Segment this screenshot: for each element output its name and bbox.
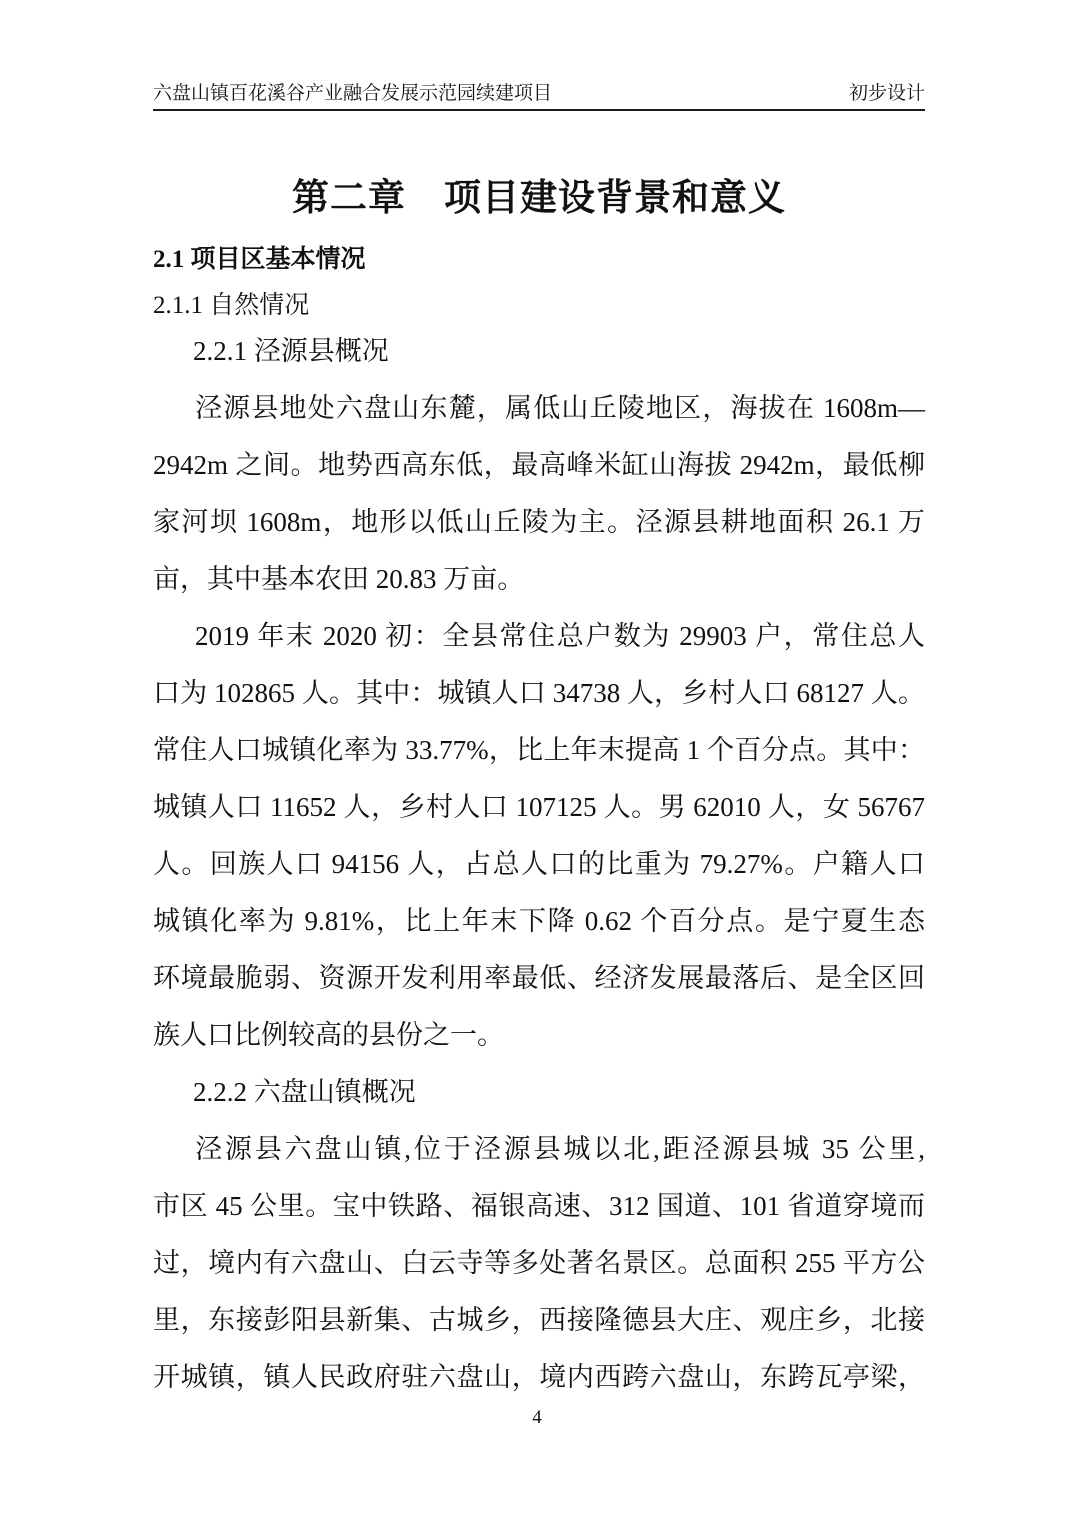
- header-project-title: 六盘山镇百花溪谷产业融合发展示范园续建项目: [153, 82, 552, 106]
- header-rule: 六盘山镇百花溪谷产业融合发展示范园续建项目 初步设计: [153, 82, 925, 111]
- paragraph-line: 2019 年末 2020 初：全县常住总户数为 29903 户，常住总人: [153, 608, 925, 665]
- subheading-2-2-2: 2.2.2 六盘山镇概况: [153, 1064, 925, 1121]
- paragraph-line: 族人口比例较高的县份之一。: [153, 1007, 925, 1064]
- paragraph-line: 城镇化率为 9.81%，比上年末下降 0.62 个百分点。是宁夏生态: [153, 893, 925, 950]
- subsection-heading-2-1-1: 2.1.1 自然情况: [153, 292, 925, 320]
- body-text: 2.2.1 泾源县概况 泾源县地处六盘山东麓，属低山丘陵地区，海拔在 1608m…: [153, 323, 925, 1406]
- paragraph-line: 里，东接彭阳县新集、古城乡，西接隆德县大庄、观庄乡，北接: [153, 1292, 925, 1349]
- paragraph-line: 2942m 之间。地势西高东低，最高峰米缸山海拔 2942m，最低柳: [153, 437, 925, 494]
- page-header: 六盘山镇百花溪谷产业融合发展示范园续建项目 初步设计: [153, 0, 925, 111]
- paragraph-line: 常住人口城镇化率为 33.77%，比上年末提高 1 个百分点。其中：: [153, 722, 925, 779]
- paragraph-line: 亩，其中基本农田 20.83 万亩。: [153, 551, 925, 608]
- subheading-2-2-1: 2.2.1 泾源县概况: [153, 323, 925, 380]
- paragraph-line: 过，境内有六盘山、白云寺等多处著名景区。总面积 255 平方公: [153, 1235, 925, 1292]
- document-page: 六盘山镇百花溪谷产业融合发展示范园续建项目 初步设计 第二章 项目建设背景和意义…: [0, 0, 1074, 1520]
- footer-page-number: 4: [0, 1406, 1074, 1430]
- paragraph-line: 口为 102865 人。其中：城镇人口 34738 人，乡村人口 68127 人…: [153, 665, 925, 722]
- paragraph-line: 泾源县六盘山镇,位于泾源县城以北,距泾源县城 35 公里,: [153, 1121, 925, 1178]
- paragraph-line: 家河坝 1608m，地形以低山丘陵为主。泾源县耕地面积 26.1 万: [153, 494, 925, 551]
- paragraph-line: 人。回族人口 94156 人，占总人口的比重为 79.27%。户籍人口: [153, 836, 925, 893]
- paragraph-line: 市区 45 公里。宝中铁路、福银高速、312 国道、101 省道穿境而: [153, 1178, 925, 1235]
- section-heading-2-1: 2.1 项目区基本情况: [153, 246, 925, 274]
- chapter-title: 第二章 项目建设背景和意义: [153, 177, 925, 221]
- paragraph-line: 开城镇，镇人民政府驻六盘山，境内西跨六盘山，东跨瓦亭梁，: [153, 1349, 925, 1406]
- paragraph-line: 城镇人口 11652 人，乡村人口 107125 人。男 62010 人，女 5…: [153, 779, 925, 836]
- paragraph-line: 环境最脆弱、资源开发利用率最低、经济发展最落后、是全区回: [153, 950, 925, 1007]
- paragraph-line: 泾源县地处六盘山东麓，属低山丘陵地区，海拔在 1608m—: [153, 380, 925, 437]
- header-doc-type: 初步设计: [849, 82, 925, 106]
